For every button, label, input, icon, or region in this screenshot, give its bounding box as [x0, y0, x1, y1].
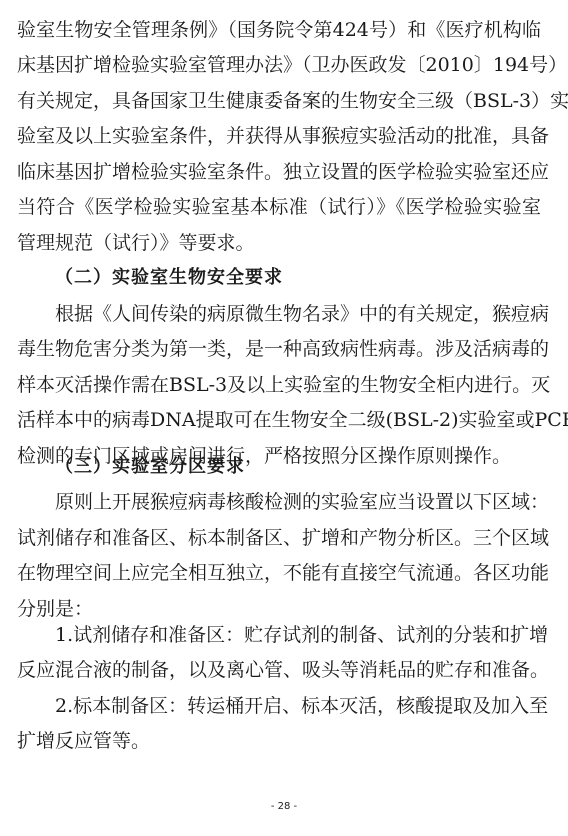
text-line: 活样本中的病毒DNA提取可在生物安全二级(BSL-2)实验室或PCR: [17, 402, 541, 438]
text-line: 2.标本制备区：转运桶开启、标本灭活，核酸提取及加入至: [55, 688, 541, 724]
page-number: - 28 -: [0, 801, 568, 812]
text-line: 床基因扩增检验实验室管理办法》（卫办医政发〔2010〕194号）: [17, 47, 541, 83]
text-line: 扩增反应管等。: [17, 723, 541, 759]
text-line: 毒生物危害分类为第一类，是一种高致病性病毒。涉及活病毒的: [17, 331, 541, 367]
text-line: 验室生物安全管理条例》（国务院令第424号）和《医疗机构临: [17, 12, 541, 48]
text-line: 当符合《医学检验实验室基本标准（试行）》《医学检验实验室: [17, 189, 541, 225]
text-line: 有关规定，具备国家卫生健康委备案的生物安全三级（BSL-3）实: [17, 83, 541, 119]
text-line: 临床基因扩增检验实验室条件。独立设置的医学检验实验室还应: [17, 154, 541, 190]
text-line: 样本灭活操作需在BSL-3及以上实验室的生物安全柜内进行。灭: [17, 367, 541, 403]
section-heading: （二）实验室生物安全要求: [55, 260, 568, 296]
section-heading: （三）实验室分区要求: [55, 449, 568, 485]
text-line: 在物理空间上应完全相互独立，不能有直接空气流通。各区功能: [17, 555, 541, 591]
text-line: 管理规范（试行）》等要求。: [17, 225, 541, 261]
text-line: 原则上开展猴痘病毒核酸检测的实验室应当设置以下区域：: [55, 484, 541, 520]
text-line: 根据《人间传染的病原微生物名录》中的有关规定，猴痘病: [55, 296, 541, 332]
text-line: 试剂储存和准备区、标本制备区、扩增和产物分析区。三个区域: [17, 520, 541, 556]
text-line: 1.试剂储存和准备区：贮存试剂的制备、试剂的分装和扩增: [55, 617, 541, 653]
text-line: 反应混合液的制备，以及离心管、吸头等消耗品的贮存和准备。: [17, 652, 541, 688]
text-line: 验室及以上实验室条件，并获得从事猴痘实验活动的批准，具备: [17, 118, 541, 154]
document-page: 验室生物安全管理条例》（国务院令第424号）和《医疗机构临 床基因扩增检验实验室…: [0, 0, 568, 836]
